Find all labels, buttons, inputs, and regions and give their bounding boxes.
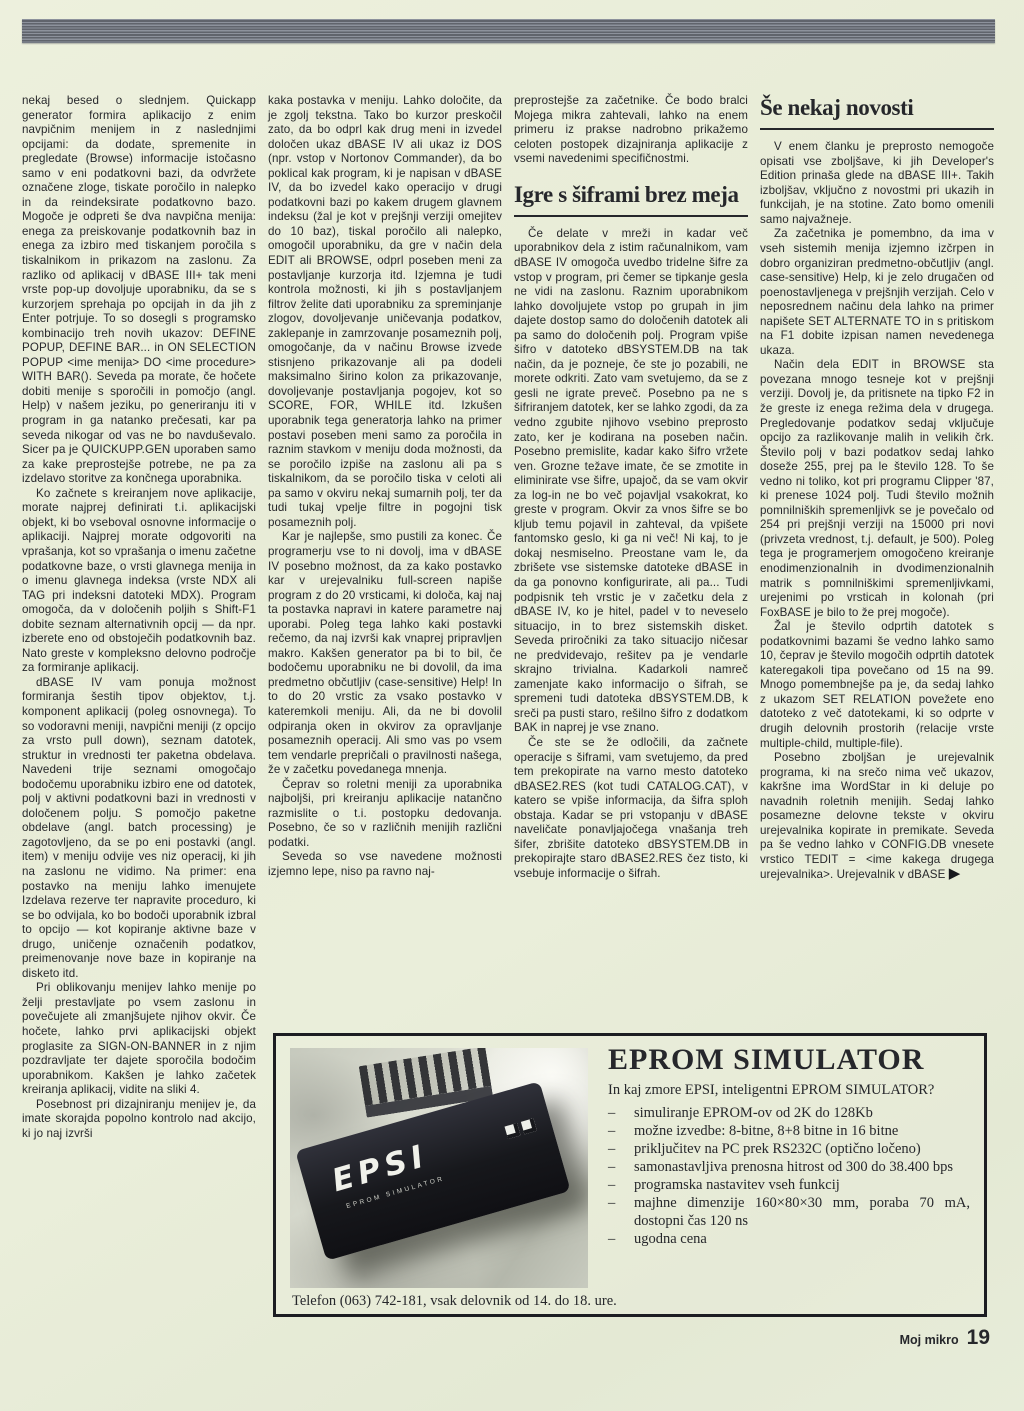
bullet-dash: –	[608, 1104, 634, 1122]
top-rule-bar	[22, 19, 995, 43]
epsi-device: EPSI EPROM SIMULATOR	[295, 1081, 571, 1261]
ad-bullet: – ugodna cena	[608, 1230, 970, 1248]
body-paragraph: dBASE IV vam ponuja možnost formiranja š…	[22, 676, 256, 981]
body-paragraph: V enem članku je preprosto nemogoče opis…	[760, 140, 994, 227]
continued-arrow-icon: ▶	[949, 865, 959, 882]
ad-bullet: – programska nastavitev vseh funkcij	[608, 1176, 970, 1194]
body-paragraph: Če delate v mreži in kadar več uporabnik…	[514, 227, 748, 736]
bullet-dash: –	[608, 1230, 634, 1248]
ad-bullet: – majhne dimenzije 160×80×30 mm, poraba …	[608, 1194, 970, 1230]
bullet-dash: –	[608, 1158, 634, 1176]
body-paragraph: kaka postavka v meniju. Lahko določite, …	[268, 94, 502, 530]
body-paragraph: nekaj besed o slednjem. Quickapp generat…	[22, 94, 256, 487]
body-paragraph: Seveda so vse navedene možnosti izjemno …	[268, 850, 502, 879]
magazine-name: Moj mikro	[900, 1333, 959, 1347]
text-column-3: preprostejše za začetnike. Če bodo bralc…	[514, 94, 748, 881]
section-heading-igre-s-siframi: Igre s šiframi brez meja	[514, 181, 748, 217]
eprom-simulator-ad: EPSI EPROM SIMULATOR EPROM SIMULATOR In …	[273, 1033, 987, 1317]
body-paragraph: Za začetnika je pomembno, da ima v vseh …	[760, 227, 994, 358]
page-footer: Moj mikro 19	[840, 1326, 990, 1350]
body-paragraph: Kar je najlepše, smo pustili za konec. Č…	[268, 530, 502, 777]
body-paragraph: Posebnost pri dizajniranju menijev je, d…	[22, 1098, 256, 1142]
ad-title: EPROM SIMULATOR	[608, 1044, 970, 1076]
ad-intro: In kaj zmore EPSI, inteligentni EPROM SI…	[608, 1081, 970, 1099]
ad-bullet: – simuliranje EPROM-ov od 2K do 128Kb	[608, 1104, 970, 1122]
magazine-page: nekaj besed o slednjem. Quickapp generat…	[0, 0, 1024, 1411]
body-paragraph: Če ste se že odločili, da začnete operac…	[514, 736, 748, 881]
text-column-2: kaka postavka v meniju. Lahko določite, …	[268, 94, 502, 880]
text-column-1: nekaj besed o slednjem. Quickapp generat…	[22, 94, 256, 1141]
body-paragraph: Pri oblikovanju menijev lahko menije po …	[22, 981, 256, 1097]
text-column-4: Še nekaj novosti V enem članku je prepro…	[760, 94, 994, 883]
ad-phone-line: Telefon (063) 742-181, vsak delovnik od …	[292, 1293, 617, 1310]
ad-bullet: – priključitev na PC prek RS232C (optičn…	[608, 1140, 970, 1158]
bullet-dash: –	[608, 1194, 634, 1230]
body-paragraph: Čeprav so roletni meniji za uporabnika n…	[268, 778, 502, 851]
body-paragraph: preprostejše za začetnike. Če bodo bralc…	[514, 94, 748, 167]
ad-bullet: – možne izvedbe: 8-bitne, 8+8 bitne in 1…	[608, 1122, 970, 1140]
bullet-dash: –	[608, 1176, 634, 1194]
ad-text-block: EPROM SIMULATOR In kaj zmore EPSI, intel…	[608, 1044, 970, 1248]
body-paragraph: Način dela EDIT in BROWSE sta povezana m…	[760, 358, 994, 620]
bullet-dash: –	[608, 1140, 634, 1158]
body-paragraph: Žal je število odprtih datotek s podatko…	[760, 620, 994, 751]
page-number: 19	[967, 1326, 990, 1350]
ad-bullet: – samonastavljiva prenosna hitrost od 30…	[608, 1158, 970, 1176]
device-logo-icon	[505, 1118, 537, 1139]
bullet-dash: –	[608, 1122, 634, 1140]
section-heading-se-nekaj-novosti: Še nekaj novosti	[760, 94, 994, 130]
body-paragraph: Ko začnete s kreiranjem nove aplikacije,…	[22, 487, 256, 676]
ad-product-photo: EPSI EPROM SIMULATOR	[290, 1048, 588, 1288]
body-paragraph: Posebno zboljšan je urejevalnik programa…	[760, 751, 994, 883]
body-paragraph-text: Posebno zboljšan je urejevalnik programa…	[760, 751, 994, 881]
